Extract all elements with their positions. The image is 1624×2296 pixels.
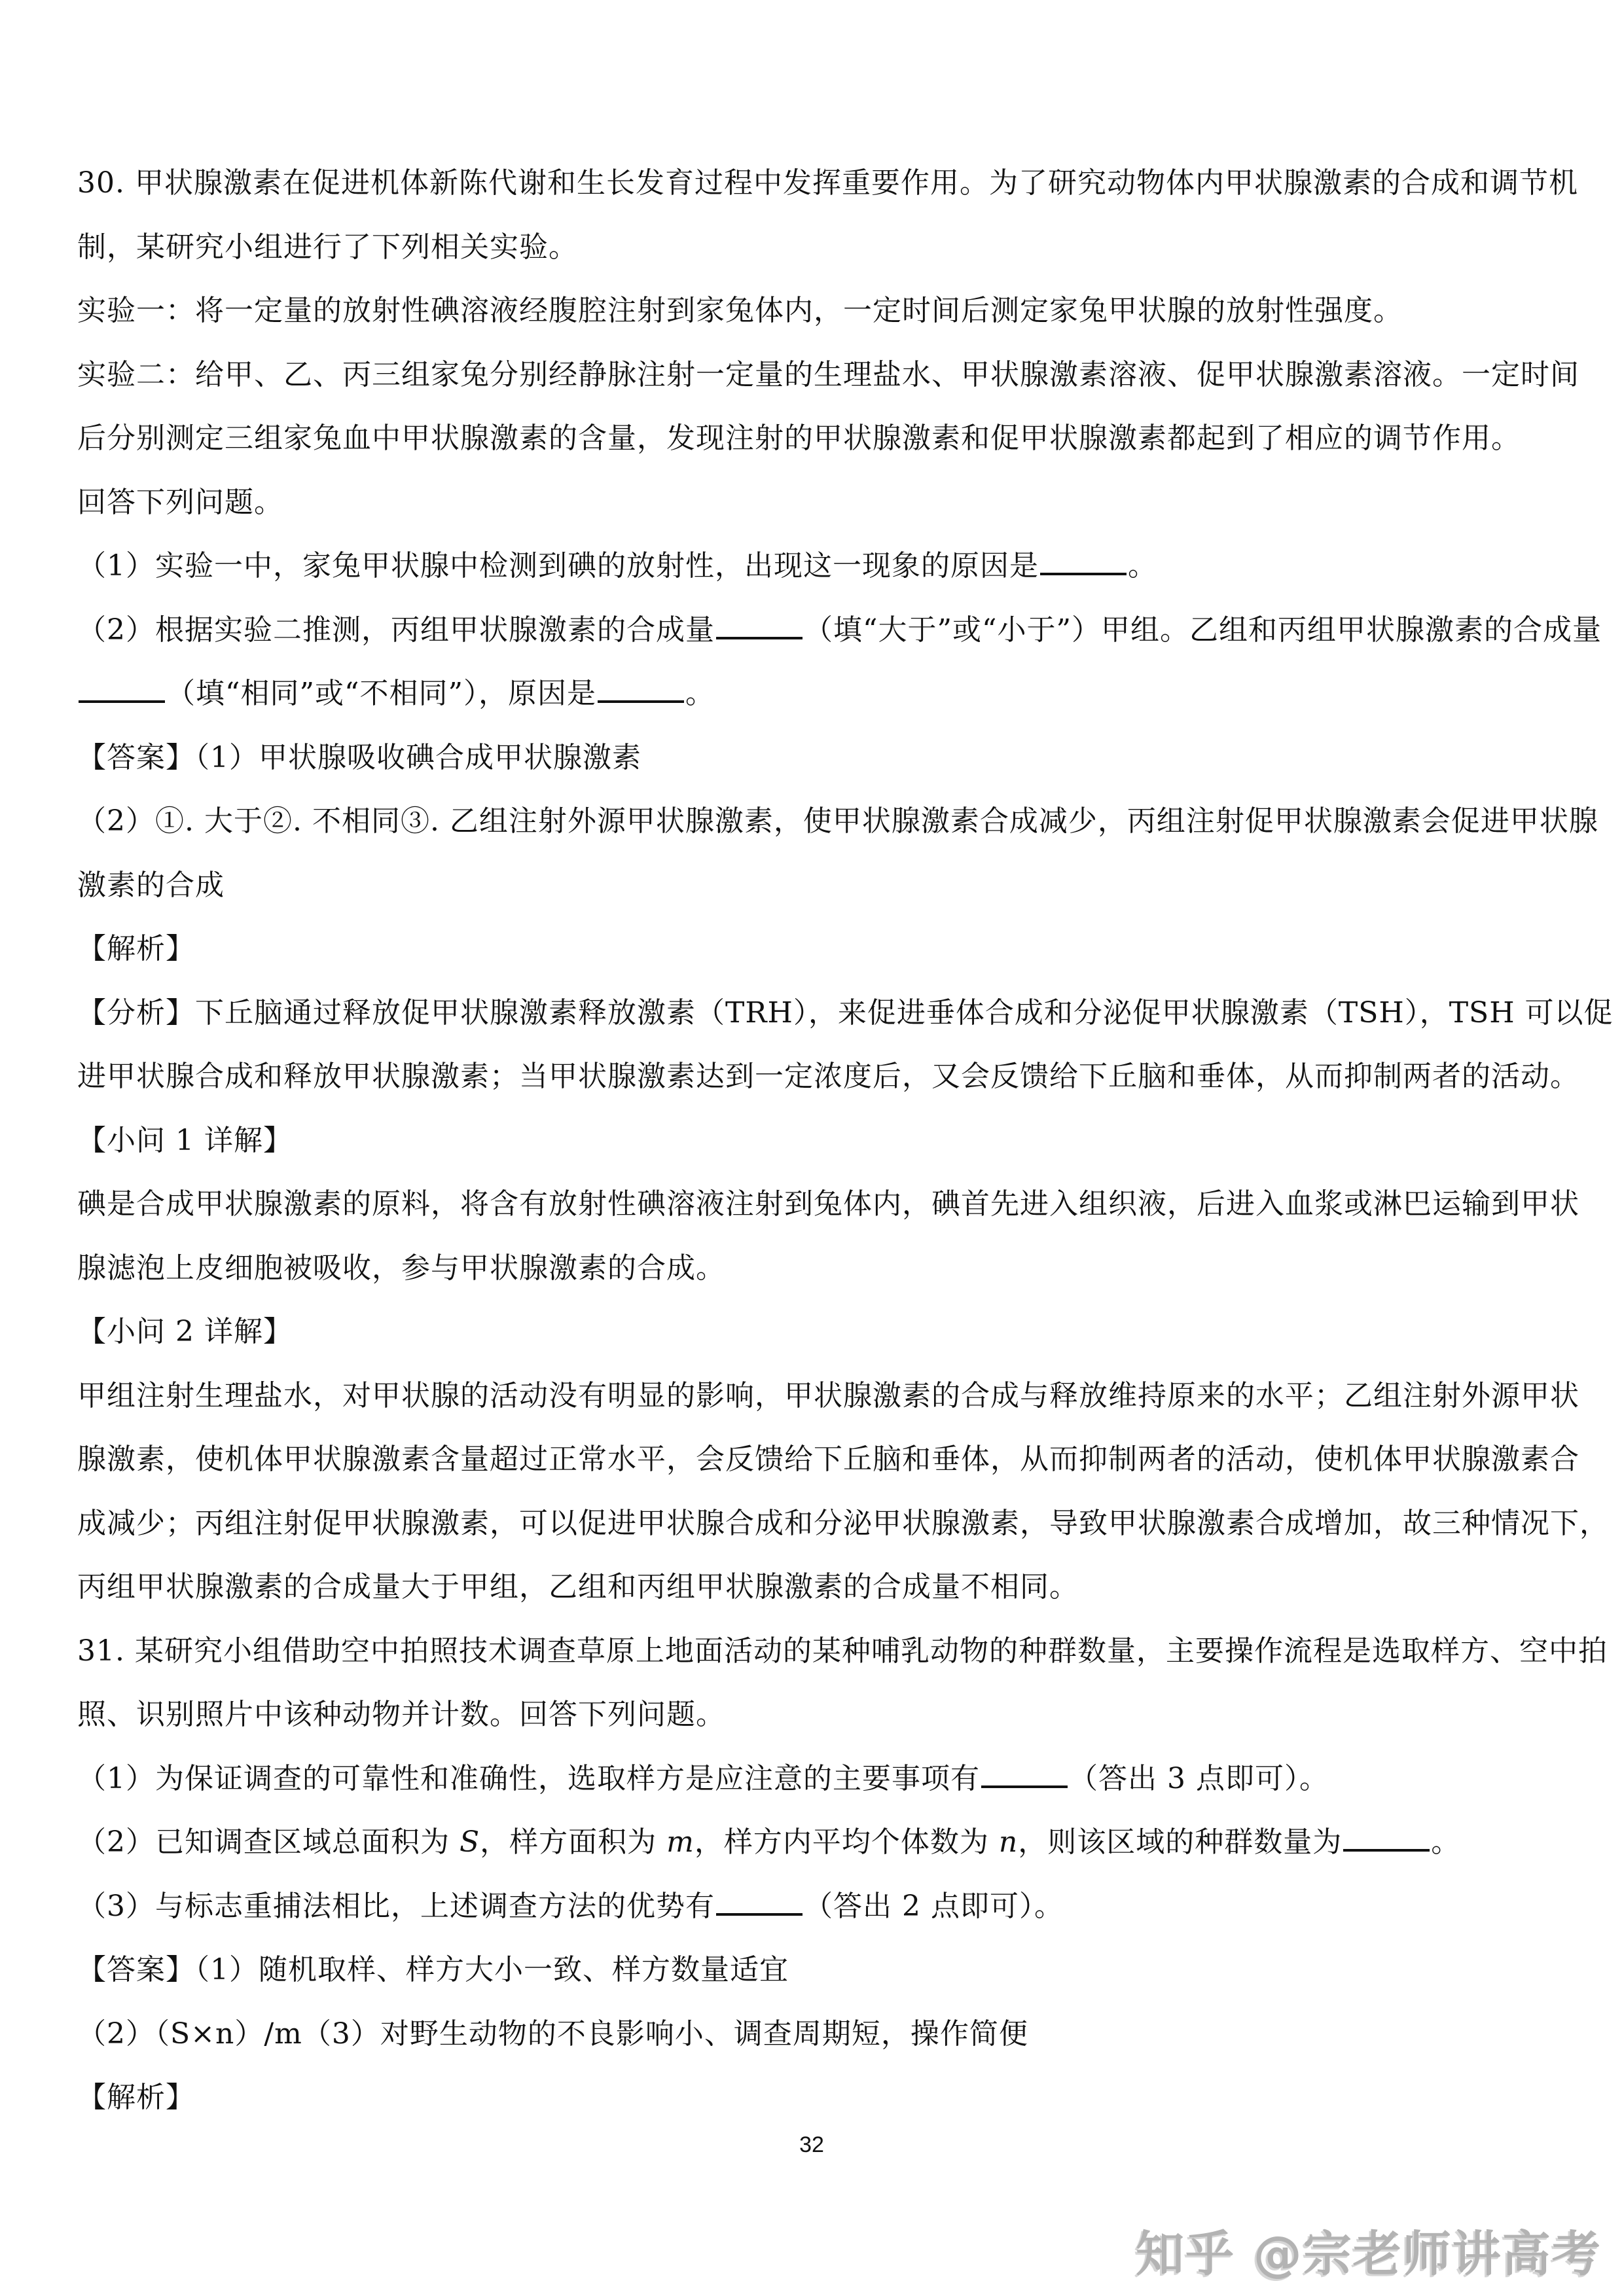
text-segment: 【答案】（1）甲状腺吸收碘合成甲状腺激素: [77, 741, 641, 774]
text-segment: 。: [1128, 549, 1157, 583]
math-variable: n: [999, 1825, 1018, 1859]
text-line: 31. 某研究小组借助空中拍照技术调查草原上地面活动的某种哺乳动物的种群数量，主…: [77, 1632, 1533, 1696]
text-line: 【答案】（1）随机取样、样方大小一致、样方数量适宜: [77, 1950, 789, 2015]
answer-blank: [1343, 1823, 1430, 1852]
text-segment: 丙组甲状腺激素的合成量大于甲组，乙组和丙组甲状腺激素的合成量不相同。: [77, 1570, 1079, 1604]
text-line: 腺激素，使机体甲状腺激素含量超过正常水平，会反馈给下丘脑和垂体，从而抑制两者的活…: [77, 1440, 1533, 1504]
text-line: （2）根据实验二推测，丙组甲状腺激素的合成量（填“大于”或“小于”）甲组。乙组和…: [77, 611, 1602, 675]
answer-blank: [716, 1887, 803, 1916]
math-variable: m: [666, 1825, 695, 1859]
text-line: 30. 甲状腺激素在促进机体新陈代谢和生长发育过程中发挥重要作用。为了研究动物体…: [77, 164, 1533, 228]
text-segment: 【分析】下丘脑通过释放促甲状腺激素释放激素（TRH），来促进垂体合成和分泌促甲状…: [77, 996, 1614, 1030]
text-line: 成减少；丙组注射促甲状腺激素，可以促进甲状腺合成和分泌甲状腺激素，导致甲状腺激素…: [77, 1504, 1533, 1568]
text-segment: 。: [1431, 1825, 1460, 1859]
text-line: 激素的合成: [77, 866, 225, 930]
page-number: 32: [785, 2132, 838, 2158]
text-line: 【分析】下丘脑通过释放促甲状腺激素释放激素（TRH），来促进垂体合成和分泌促甲状…: [77, 994, 1533, 1058]
text-line: 回答下列问题。: [77, 483, 283, 547]
text-line: 【解析】: [77, 929, 195, 994]
text-segment: （填“大于”或“小于”）甲组。乙组和丙组甲状腺激素的合成量: [804, 613, 1602, 647]
text-line: （填“相同”或“不相同”），原因是。: [77, 674, 715, 738]
text-line: 【解析】: [77, 2078, 195, 2142]
text-segment: （2）（S×n）/m（3）对野生动物的不良影响小、调查周期短，操作简便: [77, 2017, 1028, 2051]
text-segment: 31. 某研究小组借助空中拍照技术调查草原上地面活动的某种哺乳动物的种群数量，主…: [77, 1634, 1608, 1668]
text-line: 丙组甲状腺激素的合成量大于甲组，乙组和丙组甲状腺激素的合成量不相同。: [77, 1568, 1079, 1632]
text-line: 【小问 1 详解】: [77, 1121, 293, 1185]
text-segment: 【解析】: [77, 932, 195, 965]
text-segment: 碘是合成甲状腺激素的原料，将含有放射性碘溶液注射到兔体内，碘首先进入组织液，后进…: [77, 1187, 1579, 1221]
text-segment: 【小问 1 详解】: [77, 1124, 293, 1157]
text-segment: ，样方内平均个体数为: [695, 1825, 999, 1859]
text-line: （2）已知调查区域总面积为 S，样方面积为 m，样方内平均个体数为 n，则该区域…: [77, 1823, 1460, 1887]
text-line: 甲组注射生理盐水，对甲状腺的活动没有明显的影响，甲状腺激素的合成与释放维持原来的…: [77, 1376, 1533, 1441]
text-segment: 实验一：将一定量的放射性碘溶液经腹腔注射到家兔体内，一定时间后测定家兔甲状腺的放…: [77, 294, 1403, 327]
text-segment: （2）根据实验二推测，丙组甲状腺激素的合成量: [77, 613, 715, 647]
text-segment: 制，某研究小组进行了下列相关实验。: [77, 230, 578, 264]
text-line: （1）实验一中，家兔甲状腺中检测到碘的放射性，出现这一现象的原因是。: [77, 547, 1157, 611]
text-segment: （2）①. 大于②. 不相同③. 乙组注射外源甲状腺激素，使甲状腺激素合成减少，…: [77, 804, 1598, 838]
text-line: 实验二：给甲、乙、丙三组家兔分别经静脉注射一定量的生理盐水、甲状腺激素溶液、促甲…: [77, 355, 1533, 420]
text-line: 碘是合成甲状腺激素的原料，将含有放射性碘溶液注射到兔体内，碘首先进入组织液，后进…: [77, 1185, 1533, 1249]
text-segment: 回答下列问题。: [77, 486, 283, 519]
watermark: 知乎 @宗老师讲高考: [1136, 2215, 1602, 2285]
text-segment: 【小问 2 详解】: [77, 1315, 293, 1348]
text-segment: 30. 甲状腺激素在促进机体新陈代谢和生长发育过程中发挥重要作用。为了研究动物体…: [77, 166, 1578, 200]
text-segment: （填“相同”或“不相同”），原因是: [166, 677, 596, 710]
text-segment: 甲组注射生理盐水，对甲状腺的活动没有明显的影响，甲状腺激素的合成与释放维持原来的…: [77, 1379, 1579, 1412]
text-segment: （1）实验一中，家兔甲状腺中检测到碘的放射性，出现这一现象的原因是: [77, 549, 1039, 583]
text-segment: 后分别测定三组家兔血中甲状腺激素的含量，发现注射的甲状腺激素和促甲状腺激素都起到…: [77, 422, 1521, 455]
text-line: 进甲状腺合成和释放甲状腺激素；当甲状腺激素达到一定浓度后，又会反馈给下丘脑和垂体…: [77, 1057, 1579, 1121]
text-line: （3）与标志重捕法相比，上述调查方法的优势有（答出 2 点即可）。: [77, 1887, 1064, 1951]
answer-blank: [1040, 547, 1127, 575]
text-segment: （答出 3 点即可）。: [1069, 1762, 1329, 1795]
text-segment: ，则该区域的种群数量为: [1018, 1825, 1342, 1859]
text-segment: 照、识别照片中该种动物并计数。回答下列问题。: [77, 1698, 725, 1731]
text-segment: 【解析】: [77, 2081, 195, 2114]
text-line: （1）为保证调查的可靠性和准确性，选取样方是应注意的主要事项有（答出 3 点即可…: [77, 1759, 1329, 1823]
text-segment: （2）已知调查区域总面积为: [77, 1825, 460, 1859]
text-segment: （答出 2 点即可）。: [804, 1890, 1064, 1923]
text-segment: 腺滤泡上皮细胞被吸收，参与甲状腺激素的合成。: [77, 1251, 725, 1285]
text-line: （2）①. 大于②. 不相同③. 乙组注射外源甲状腺激素，使甲状腺激素合成减少，…: [77, 802, 1533, 866]
text-line: 【答案】（1）甲状腺吸收碘合成甲状腺激素: [77, 738, 641, 802]
answer-blank: [79, 674, 165, 703]
text-line: （2）（S×n）/m（3）对野生动物的不良影响小、调查周期短，操作简便: [77, 2015, 1028, 2079]
text-line: 【小问 2 详解】: [77, 1312, 293, 1376]
answer-blank: [598, 674, 684, 703]
text-segment: 【答案】（1）随机取样、样方大小一致、样方数量适宜: [77, 1953, 789, 1986]
text-line: 腺滤泡上皮细胞被吸收，参与甲状腺激素的合成。: [77, 1249, 725, 1313]
document-page: 30. 甲状腺激素在促进机体新陈代谢和生长发育过程中发挥重要作用。为了研究动物体…: [0, 0, 1624, 2296]
text-segment: 激素的合成: [77, 869, 225, 902]
answer-blank: [981, 1759, 1068, 1788]
text-line: 实验一：将一定量的放射性碘溶液经腹腔注射到家兔体内，一定时间后测定家兔甲状腺的放…: [77, 291, 1403, 355]
text-segment: ，样方面积为: [480, 1825, 666, 1859]
answer-blank: [716, 611, 803, 639]
text-line: 后分别测定三组家兔血中甲状腺激素的含量，发现注射的甲状腺激素和促甲状腺激素都起到…: [77, 419, 1521, 483]
math-variable: S: [460, 1825, 480, 1859]
text-segment: 腺激素，使机体甲状腺激素含量超过正常水平，会反馈给下丘脑和垂体，从而抑制两者的活…: [77, 1443, 1579, 1476]
text-segment: （1）为保证调查的可靠性和准确性，选取样方是应注意的主要事项有: [77, 1762, 980, 1795]
text-segment: 进甲状腺合成和释放甲状腺激素；当甲状腺激素达到一定浓度后，又会反馈给下丘脑和垂体…: [77, 1060, 1579, 1093]
text-line: 照、识别照片中该种动物并计数。回答下列问题。: [77, 1695, 725, 1759]
text-segment: （3）与标志重捕法相比，上述调查方法的优势有: [77, 1890, 715, 1923]
text-line: 制，某研究小组进行了下列相关实验。: [77, 228, 578, 292]
text-segment: 成减少；丙组注射促甲状腺激素，可以促进甲状腺合成和分泌甲状腺激素，导致甲状腺激素…: [77, 1507, 1609, 1540]
text-segment: 实验二：给甲、乙、丙三组家兔分别经静脉注射一定量的生理盐水、甲状腺激素溶液、促甲…: [77, 358, 1579, 391]
text-segment: 。: [685, 677, 715, 710]
